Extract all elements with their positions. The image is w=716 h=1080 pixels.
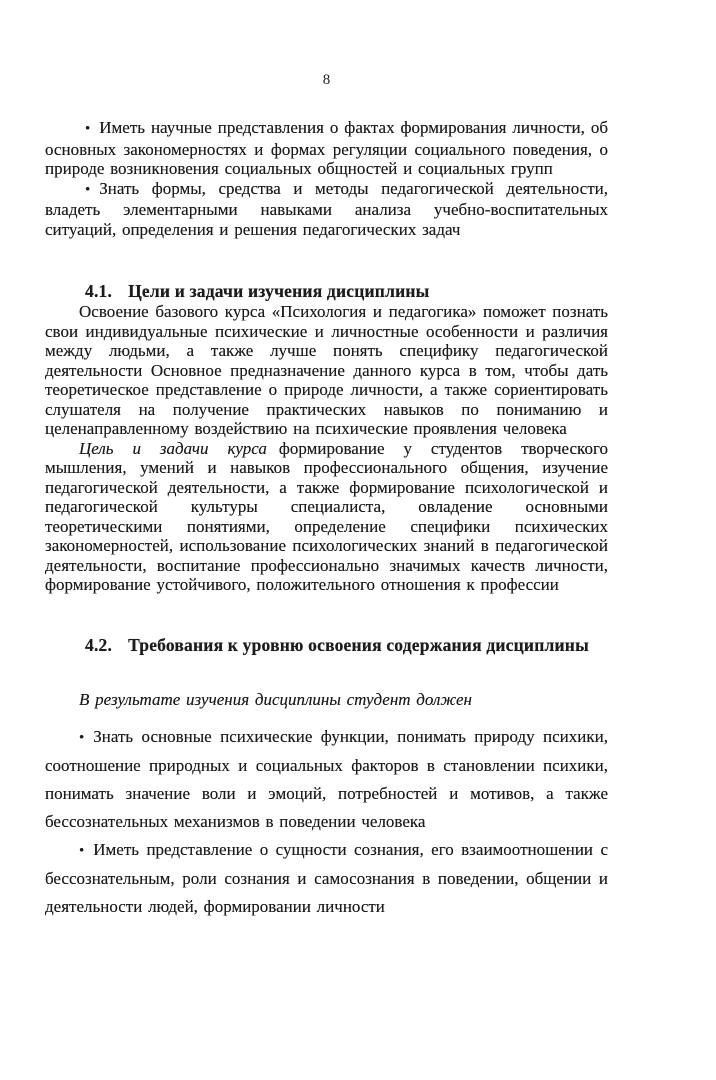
section-4-2-number: 4.2. [85, 635, 112, 656]
requirements-bullet-list: •Знать основные психические функции, пон… [45, 723, 608, 921]
requirements-bullet-text-2: Иметь представление о сущности сознания,… [45, 840, 608, 916]
section-4-2-title: Требования к уровню освоения содержания … [128, 635, 589, 655]
bullet-icon: • [79, 724, 84, 752]
intro-bullet-text-1: Иметь научные представления о фактах фор… [45, 118, 608, 178]
intro-bullet-item: •Иметь научные представления о фактах фо… [45, 118, 608, 179]
bullet-icon: • [79, 837, 84, 865]
bullet-icon: • [85, 181, 90, 201]
section-4-2-heading: 4.2.Требования к уровню освоения содержа… [45, 635, 608, 656]
paragraph-2-rest: формирование у студентов творческого мыш… [45, 439, 608, 595]
section-4-1-paragraph-1: Освоение базового курса «Психология и пе… [45, 302, 608, 439]
intro-bullet-text-2: Знать формы, средства и методы педагогич… [45, 179, 608, 239]
section-4-2-lead-in: В результате изучения дисциплины студент… [45, 690, 608, 710]
bullet-icon: • [85, 120, 90, 140]
requirements-bullet-item: •Знать основные психические функции, пон… [45, 723, 608, 836]
paragraph-2-italic-lead: Цель и задачи курса [79, 439, 267, 458]
requirements-bullet-text-1: Знать основные психические функции, пони… [45, 727, 608, 831]
section-4-1-paragraph-2: Цель и задачи курсаформирование у студен… [45, 439, 608, 595]
intro-bullet-item: •Знать формы, средства и методы педагоги… [45, 179, 608, 240]
section-4-1-number: 4.1. [85, 281, 112, 302]
section-4-2-body: В результате изучения дисциплины студент… [45, 690, 608, 922]
section-4-1-heading: 4.1.Цели и задачи изучения дисциплины [45, 281, 608, 302]
document-page: 8 •Иметь научные представления о фактах … [0, 0, 716, 1080]
intro-bullet-list: •Иметь научные представления о фактах фо… [45, 118, 608, 239]
section-4-1-body: Освоение базового курса «Психология и пе… [45, 302, 608, 595]
page-number: 8 [45, 70, 608, 90]
requirements-bullet-item: •Иметь представление о сущности сознания… [45, 836, 608, 921]
section-4-1-title: Цели и задачи изучения дисциплины [128, 281, 429, 301]
